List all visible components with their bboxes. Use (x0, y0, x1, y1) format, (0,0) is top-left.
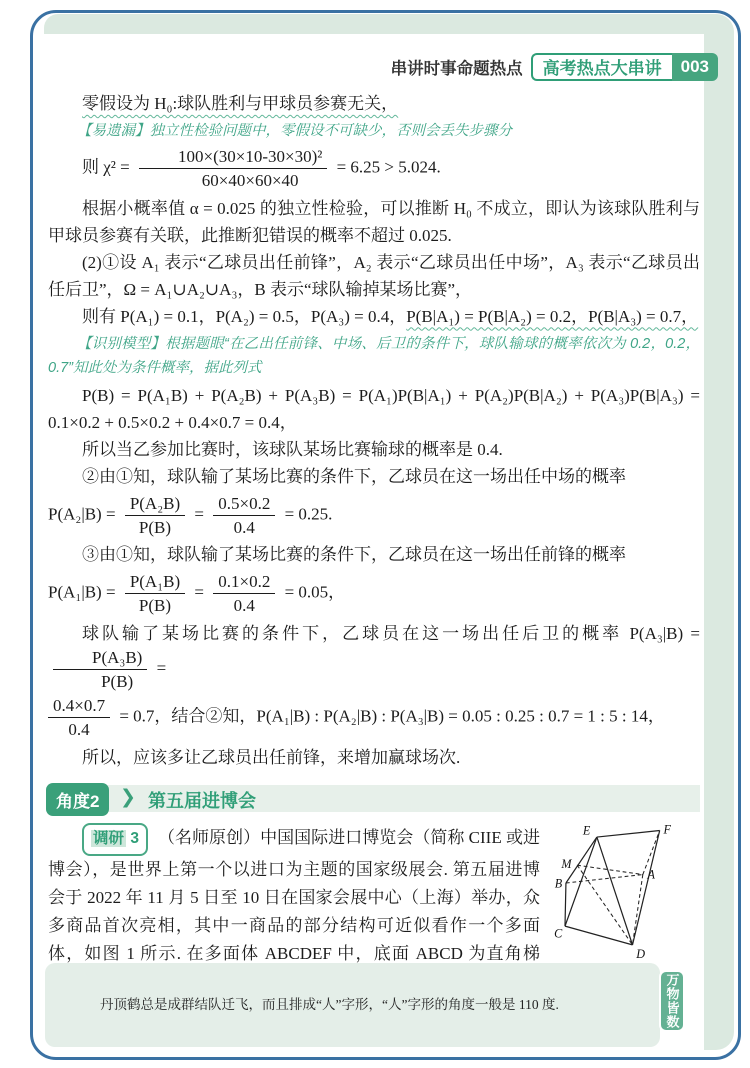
fwd-frac-1: P(A₁B)P(B) (125, 571, 185, 617)
survey-badge: 调研 3 (82, 823, 148, 856)
vertex-label-A: A (647, 867, 656, 881)
hypothesis-text: 零假设为 H₀:球队胜利与甲球员参赛无关， (82, 94, 398, 113)
vertex-label-M: M (560, 857, 572, 871)
back-frac-1: P(A₃B)P(B) (53, 647, 147, 693)
survey-badge-number: 3 (130, 830, 139, 847)
conclusion-lose-prob: 所以当乙参加比赛时，该球队某场比赛输球的概率是 0.4. (48, 436, 700, 463)
back-frac-2: 0.4×0.70.4 (48, 695, 110, 741)
defender-formula-line1: 球队输了某场比赛的条件下，乙球员在这一场出任后卫的概率 P(A₃|B) = P(… (48, 620, 700, 693)
header-section-label: 串讲时事命题热点 (391, 55, 523, 79)
hypothesis-line: 零假设为 H₀:球队胜利与甲球员参赛无关， (48, 90, 700, 117)
mid-frac-1: P(A₂B)P(B) (125, 493, 185, 539)
section-header-angle2: 角度2 ❯ 第五届进博会 (48, 783, 700, 813)
event-setup: (2)①设 A₁ 表示“乙球员出任前锋”，A₂ 表示“乙球员出任中场”，A₃ 表… (48, 249, 700, 303)
vertex-label-B: B (555, 876, 563, 890)
mid-frac-2: 0.5×0.20.4 (213, 493, 275, 539)
textbook-page: { "header": { "section_label": "串讲时事命题热点… (0, 0, 750, 1068)
side-tab-wanwujieshu: 万物皆数 (661, 972, 683, 1030)
chi-result: = 6.25 > 5.024. (337, 158, 441, 177)
vertex-label-F: F (662, 823, 671, 836)
solid-edges (565, 830, 660, 944)
fwd-frac-2: 0.1×0.20.4 (213, 571, 275, 617)
footer-note-text: 丹顶鹤总是成群结队迁飞，而且排成“人”字形，“人”字形的角度一般是 110 度. (100, 993, 559, 1013)
forward-formula: P(A₁|B) = P(A₁B)P(B) = 0.1×0.20.4 = 0.05… (48, 571, 700, 617)
polyhedron-diagram: E F M B A C D (550, 823, 700, 973)
chi-square-formula: 则 χ² = 100×(30×10-30×30)²60×40×60×40 = 6… (48, 146, 700, 192)
survey-badge-label: 调研 (91, 830, 126, 847)
midfielder-formula: P(A₂|B) = P(A₂B)P(B) = 0.5×0.20.4 = 0.25… (48, 493, 700, 539)
conclusion-independence: 根据小概率值 α = 0.025 的独立性检验，可以推断 H₀ 不成立，即认为该… (48, 195, 700, 249)
main-content: 零假设为 H₀:球队胜利与甲球员参赛无关， 【易遗漏】独立性检验问题中，零假设不… (48, 90, 700, 1024)
conditional-probs-underlined: P(B|A₁) = P(B|A₂) = 0.2，P(B|A₃) = 0.7， (406, 307, 698, 326)
right-accent-band (704, 14, 734, 1050)
top-accent-band (44, 14, 734, 34)
vertex-label-C: C (554, 926, 563, 940)
annotation-model: 【识别模型】根据题眼“在乙出任前锋、中场、后卫的条件下，球队输球的概率依次为 0… (48, 332, 700, 380)
vertex-label-E: E (582, 823, 591, 837)
section-strip (48, 785, 700, 812)
probability-values: 则有 P(A₁) = 0.1，P(A₂) = 0.5，P(A₃) = 0.4，P… (48, 303, 700, 330)
part2-intro: ②由①知，球队输了某场比赛的条件下，乙球员在这一场出任中场的概率 (48, 463, 700, 490)
defender-formula-line2: 0.4×0.70.4 = 0.7，结合②知，P(A₁|B) : P(A₂|B) … (48, 695, 700, 741)
page-number: 003 (672, 53, 718, 81)
final-conclusion: 所以，应该多让乙球员出任前锋，来增加赢球场次. (48, 744, 700, 771)
header-badge: 高考热点大串讲 003 (531, 53, 718, 81)
chevron-icon: ❯ (120, 786, 136, 809)
page-header: 串讲时事命题热点 高考热点大串讲 003 (0, 52, 718, 81)
angle-badge: 角度2 (46, 783, 109, 816)
footer-fact-box: 丹顶鹤总是成群结队迁飞，而且排成“人”字形，“人”字形的角度一般是 110 度. (45, 963, 660, 1047)
header-badge-title: 高考热点大串讲 (531, 53, 672, 81)
annotation-missable: 【易遗漏】独立性检验问题中，零假设不可缺少，否则会丢失步骤分 (48, 119, 700, 143)
chi-lead: 则 χ² = (82, 158, 130, 177)
section-title: 第五届进博会 (148, 787, 256, 813)
chi-fraction: 100×(30×10-30×30)²60×40×60×40 (139, 146, 327, 192)
vertex-label-D: D (635, 947, 645, 961)
part3-intro: ③由①知，球队输了某场比赛的条件下，乙球员在这一场出任前锋的概率 (48, 541, 700, 568)
total-probability-formula: P(B) = P(A₁B) + P(A₂B) + P(A₃B) = P(A₁)P… (48, 382, 700, 436)
